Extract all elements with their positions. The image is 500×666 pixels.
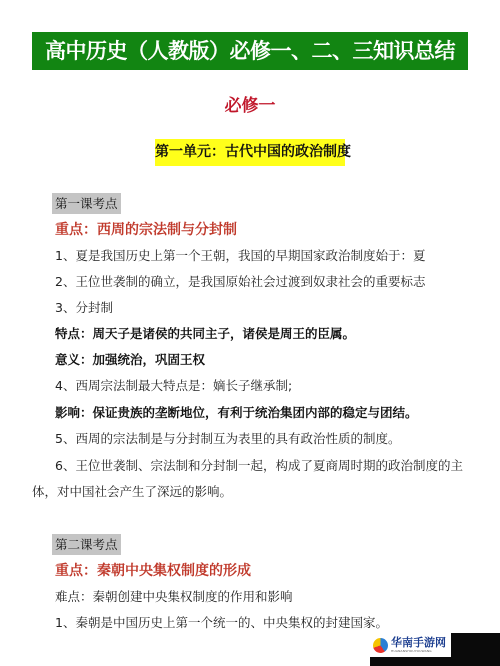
unit-heading: 第一单元：古代中国的政治制度: [155, 139, 345, 166]
lesson-1-line-1: 1、夏是我国历史上第一个王朝，我国的早期国家政治制度始于：夏: [55, 247, 425, 265]
watermark-badge: 华南手游网 HUANANSHOUYOUWANG: [370, 633, 451, 657]
lesson-tag-1: 第一课考点: [52, 193, 121, 214]
swirl-logo-icon: [373, 638, 388, 653]
watermark: 华南手游网 HUANANSHOUYOUWANG: [370, 633, 500, 666]
lesson-1-line-5: 5、西周的宗法制是与分封制互为表里的具有政治性质的制度。: [55, 430, 400, 448]
lesson-1-line-2: 2、王位世袭制的确立，是我国原始社会过渡到奴隶社会的重要标志: [55, 273, 425, 291]
document-title: 高中历史（人教版）必修一、二、三知识总结: [32, 32, 468, 70]
lesson-1-influence: 影响：保证贵族的垄断地位，有利于统治集团内部的稳定与团结。: [55, 404, 418, 422]
lesson-2-line-1: 1、秦朝是中国历史上第一个统一的、中央集权的封建国家。: [55, 614, 388, 632]
lesson-1-significance: 意义：加强统治，巩固王权: [55, 351, 205, 369]
watermark-name: 华南手游网: [391, 637, 446, 648]
lesson-1-line-6: 6、王位世袭制、宗法制和分封制一起，构成了夏商周时期的政治制度的主体，对中国社会…: [32, 453, 472, 505]
lesson-1-line-3: 3、分封制: [55, 299, 113, 317]
lesson-1-keypoint: 重点：西周的宗法制与分封制: [55, 220, 237, 240]
watermark-subtitle: HUANANSHOUYOUWANG: [391, 650, 446, 653]
lesson-1-line-4: 4、西周宗法制最大特点是：嫡长子继承制;: [55, 377, 292, 395]
lesson-2-keypoint: 重点：秦朝中央集权制度的形成: [55, 561, 251, 581]
lesson-2-difficulty: 难点：秦朝创建中央集权制度的作用和影响: [55, 588, 293, 606]
lesson-tag-2: 第二课考点: [52, 534, 121, 555]
lesson-1-feature: 特点：周天子是诸侯的共同主子，诸侯是周王的臣属。: [55, 325, 355, 343]
volume-heading: 必修一: [0, 94, 500, 118]
